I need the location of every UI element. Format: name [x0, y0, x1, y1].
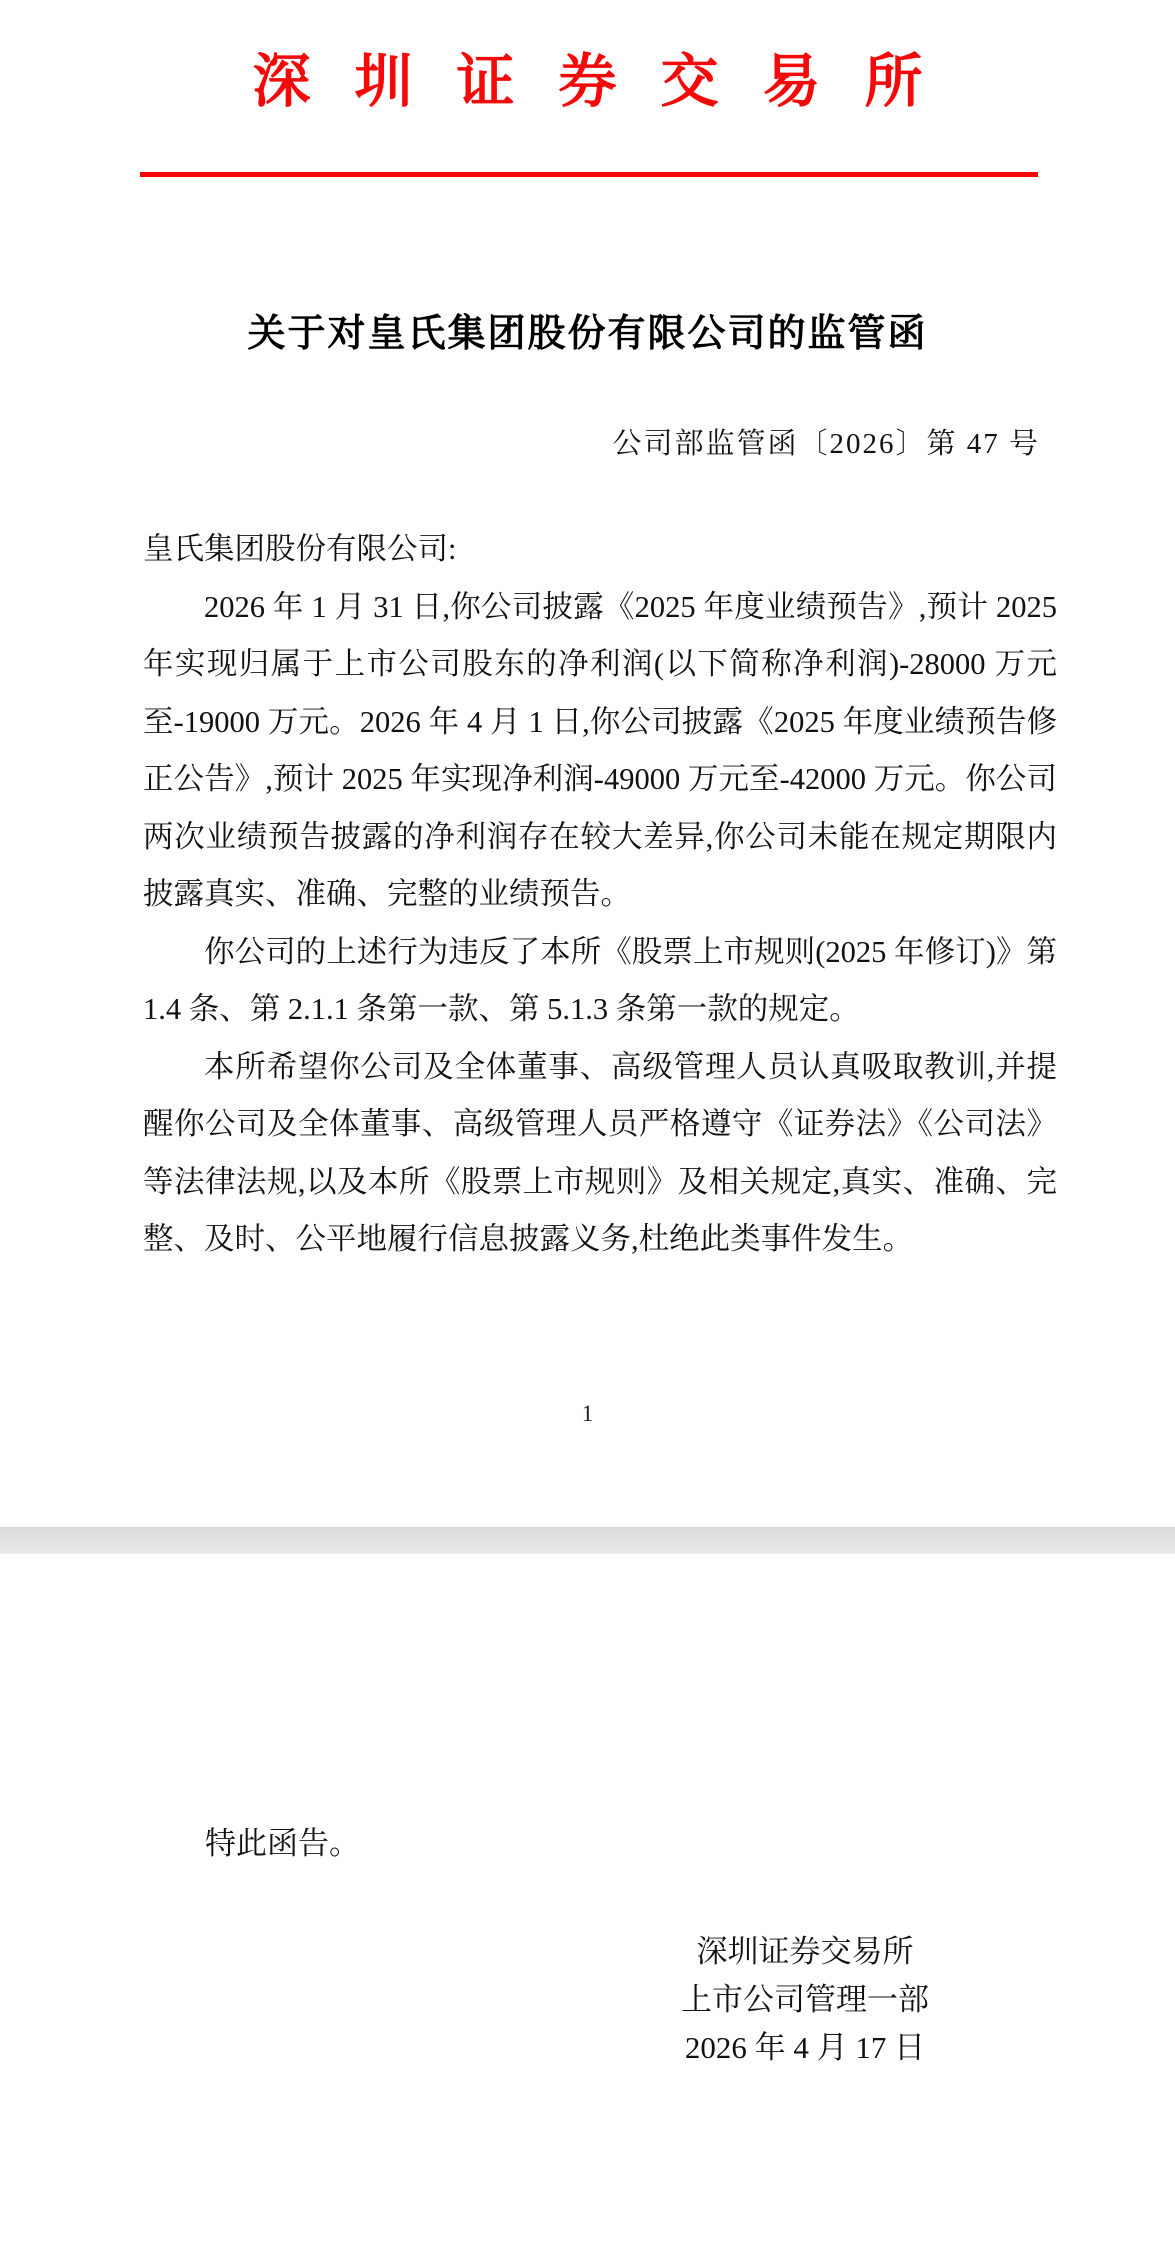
page-separator — [0, 1527, 1175, 1554]
document-number: 公司部监管函〔2026〕第 47 号 — [143, 421, 1040, 462]
signature-block: 深圳证券交易所 上市公司管理一部 2026 年 4 月 17 日 — [655, 1928, 955, 2072]
signature-org: 深圳证券交易所 — [655, 1928, 955, 1976]
body-paragraph-1: 2026 年 1 月 31 日,你公司披露《2025 年度业绩预告》,预计 20… — [143, 579, 1057, 924]
closing-line: 特此函告。 — [143, 1820, 1057, 1868]
letterhead-rule — [140, 172, 1038, 177]
body-paragraph-3: 本所希望你公司及全体董事、高级管理人员认真吸取教训,并提醒你公司及全体董事、高级… — [143, 1039, 1057, 1269]
document-body: 皇氏集团股份有限公司: 2026 年 1 月 31 日,你公司披露《2025 年… — [143, 521, 1057, 1269]
document-title: 关于对皇氏集团股份有限公司的监管函 — [0, 302, 1175, 357]
letterhead-issuer-title: 深圳证券交易所 — [0, 34, 1175, 118]
document-page: 深圳证券交易所 关于对皇氏集团股份有限公司的监管函 公司部监管函〔2026〕第 … — [0, 0, 1175, 2263]
signature-date: 2026 年 4 月 17 日 — [655, 2024, 955, 2072]
signature-department: 上市公司管理一部 — [655, 1976, 955, 2024]
salutation: 皇氏集团股份有限公司: — [143, 521, 1057, 579]
page-number: 1 — [0, 1401, 1175, 1427]
body-paragraph-2: 你公司的上述行为违反了本所《股票上市规则(2025 年修订)》第 1.4 条、第… — [143, 924, 1057, 1039]
